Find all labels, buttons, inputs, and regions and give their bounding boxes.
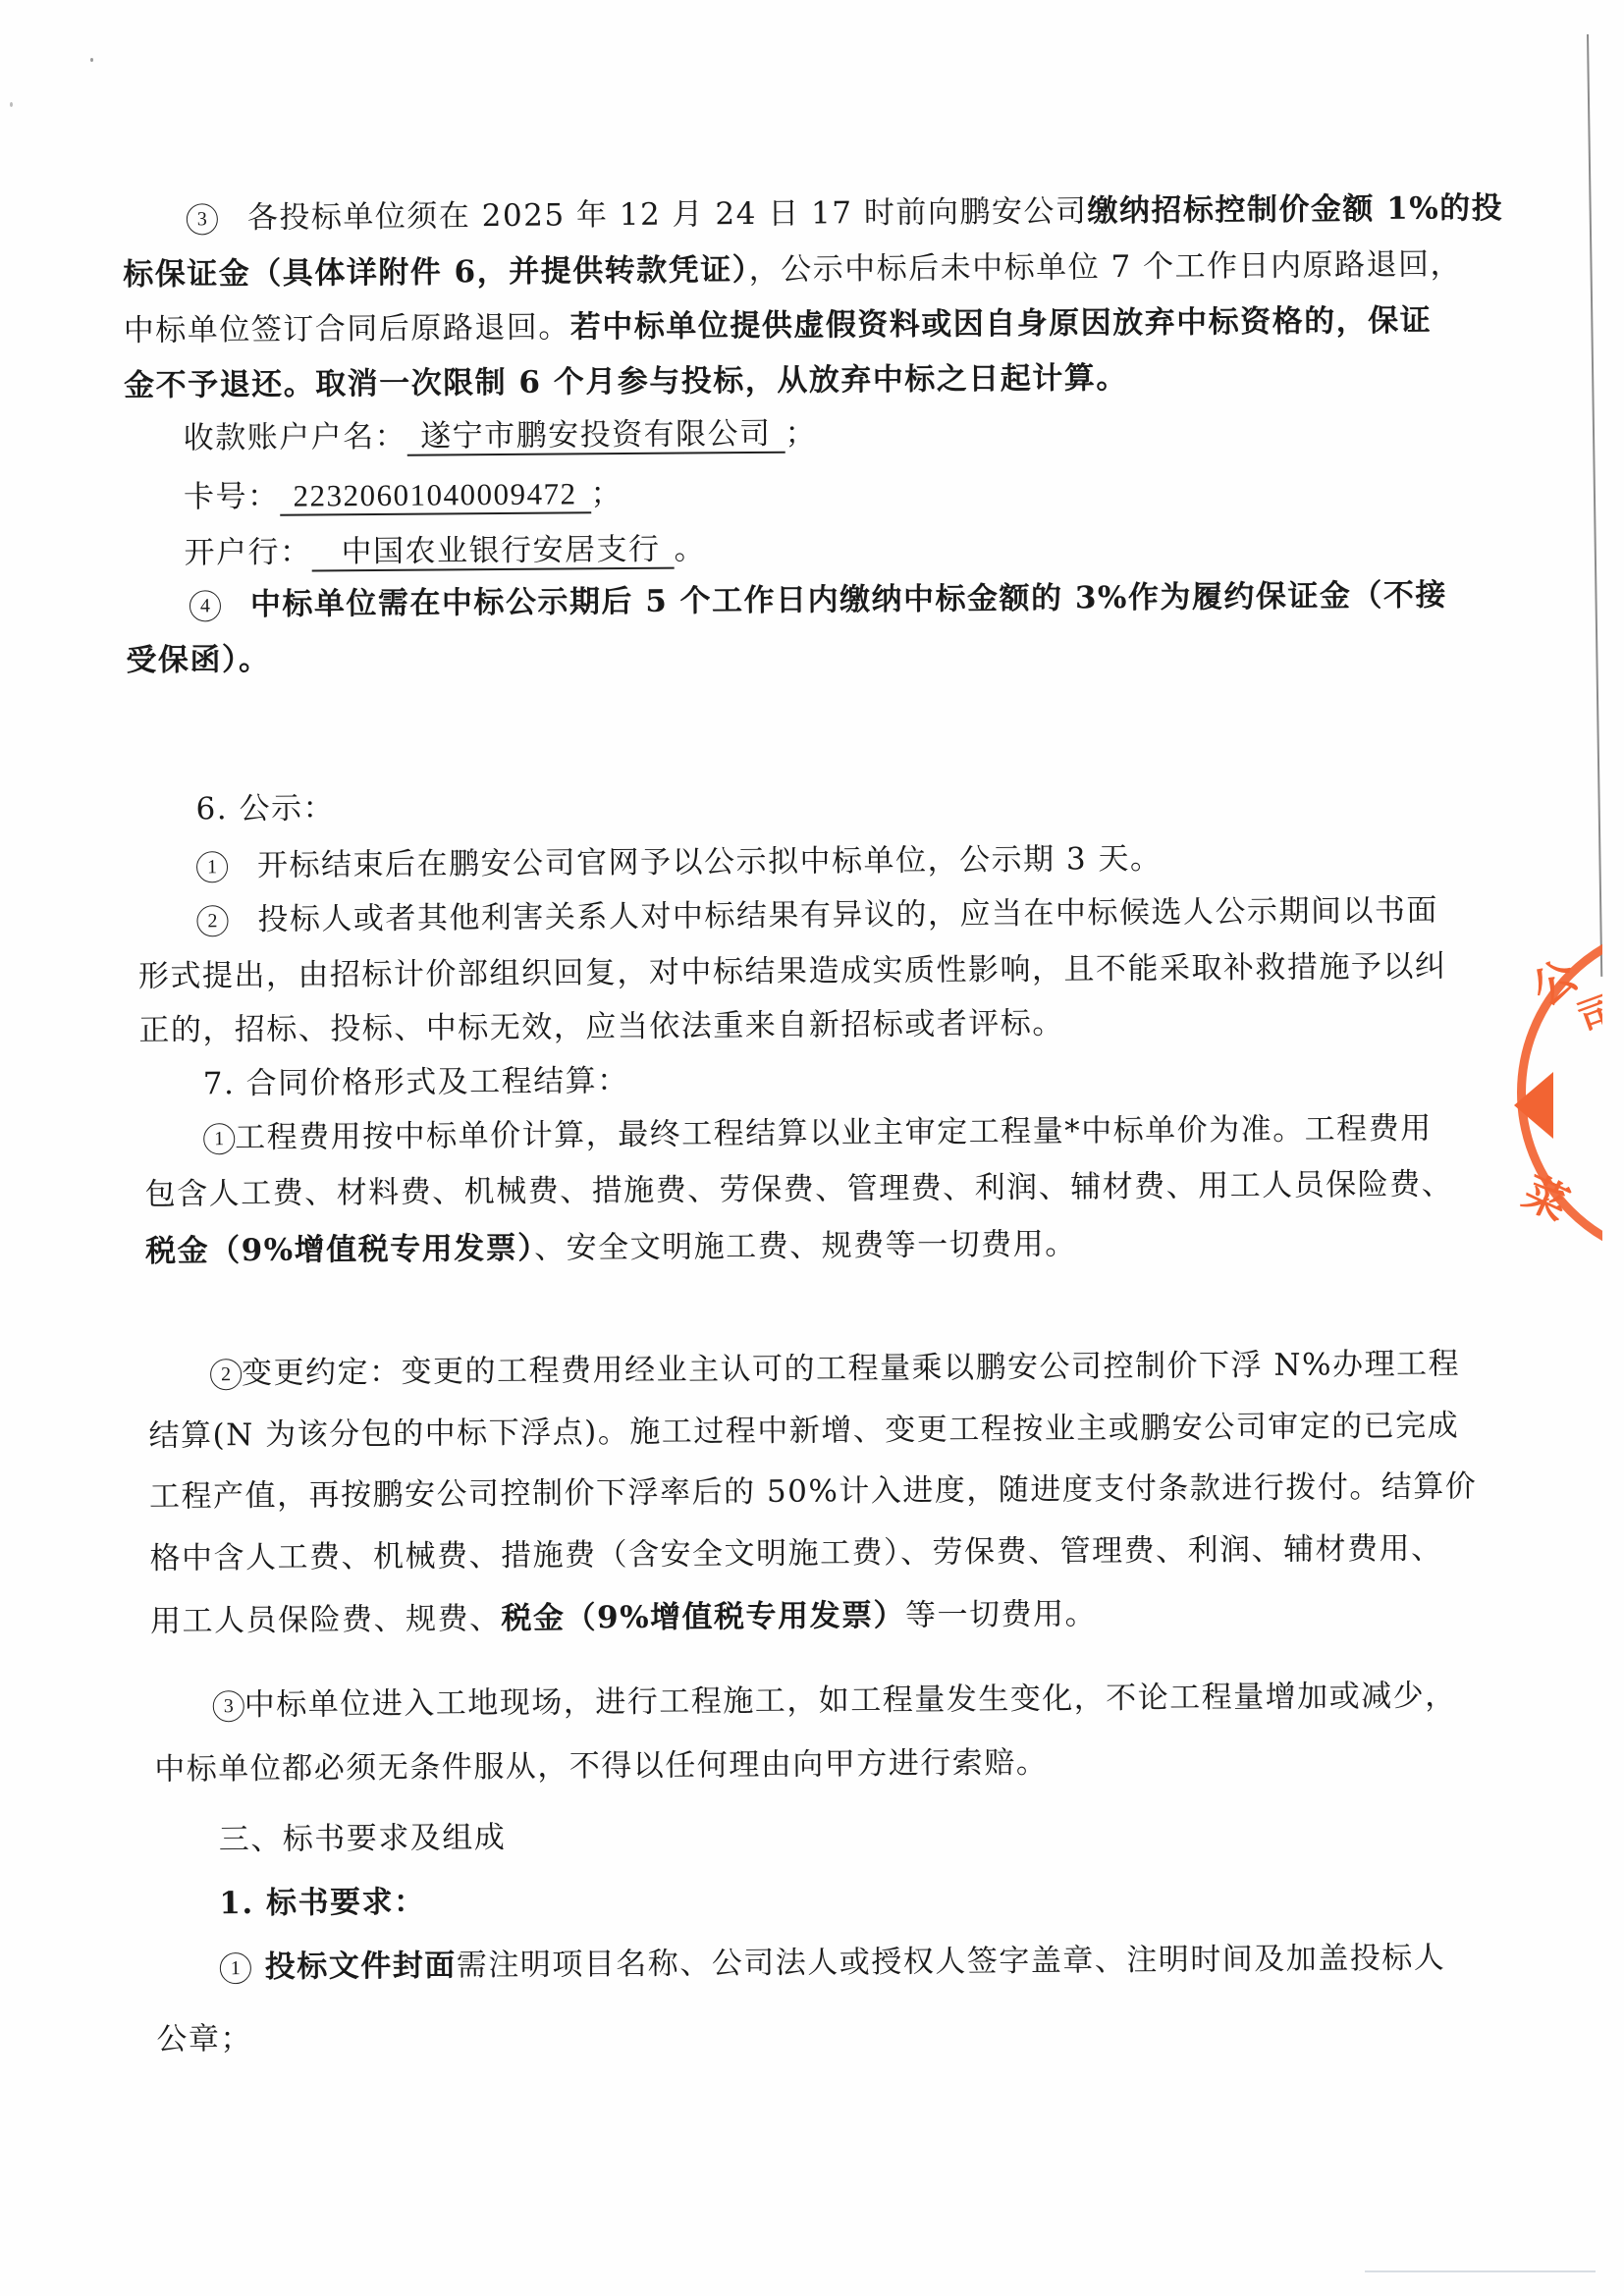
deposit-text: 中标单位签订合同后原路退回。 — [124, 309, 570, 348]
circled-number: 1 — [196, 851, 228, 882]
deposit-text: ，公示中标后未中标单位 7 个工作日内原路退回， — [749, 246, 1463, 288]
change-text: 用工人员保险费、规费、 — [150, 1601, 502, 1639]
change-text: 等一切费用。 — [905, 1596, 1097, 1633]
claims-item3-line2: 中标单位都必须无条件服从，不得以任何理由向甲方进行索赔。 — [154, 1743, 1048, 1789]
account-name-value: 遂宁市鹏安投资有限公司 — [406, 417, 785, 456]
performance-bond-line2: 受保函）。 — [126, 640, 270, 680]
deposit-paragraph-line3: 中标单位签订合同后原路退回。若中标单位提供虚假资料或因自身原因放弃中标资格的，保… — [124, 301, 1433, 350]
change-item2-line2: 结算(N 为该分包的中标下浮点)。施工过程中新增、变更工程按业主或鹏安公司审定的… — [148, 1406, 1459, 1455]
bank-value: 中国农业银行安居支行 — [311, 533, 674, 572]
circled-number: 2 — [210, 1359, 242, 1390]
bank-label: 开户行： — [184, 534, 311, 570]
account-name-row: 收款账户户名：遂宁市鹏安投资有限公司； — [183, 413, 817, 457]
publicity-item1: 1开标结束后在鹏安公司官网予以公示拟中标单位，公示期 3 天。 — [196, 839, 1163, 886]
punctuation: 。 — [674, 531, 706, 566]
card-number-label: 卡号： — [184, 479, 280, 515]
section-6-heading: 6. 公示： — [195, 788, 335, 828]
account-card-row: 卡号：22320601040009472； — [184, 474, 623, 517]
punctuation: ； — [590, 476, 623, 511]
tax-text-bold: 税金（9%增值税专用发票） — [145, 1231, 534, 1269]
document-body: 3各投标单位须在 2025 年 12 月 24 日 17 时前向鹏安公司缴纳招标… — [0, 0, 1624, 2296]
pricing-text: 工程费用按中标单价计算，最终工程结算以业主审定工程量*中标单价为准。工程费用 — [235, 1111, 1433, 1156]
card-number-value: 22320601040009472 — [279, 477, 590, 515]
objection-line2: 形式提出，由招标计价部组织回复，对中标结果造成实质性影响，且不能采取补救措施予以… — [138, 946, 1447, 995]
tax-text-bold: 税金（9%增值税专用发票） — [501, 1598, 905, 1636]
change-text: 变更约定：变更的工程费用经业主认可的工程量乘以鹏安公司控制价下浮 N%办理工程 — [242, 1346, 1460, 1391]
bid-cover-line2: 公章； — [156, 2019, 252, 2059]
circled-number: 4 — [189, 590, 221, 621]
document-page: 公 司 菜 3各投标单位须在 2025 年 12 月 24 日 17 时前向鹏安… — [0, 0, 1624, 2296]
deposit-paragraph-line1: 3各投标单位须在 2025 年 12 月 24 日 17 时前向鹏安公司缴纳招标… — [187, 188, 1504, 239]
performance-bond-text: 中标单位需在中标公示期后 5 个工作日内缴纳中标金额的 3%作为履约保证金（不接 — [250, 577, 1447, 622]
punctuation: ； — [785, 415, 817, 451]
account-name-label: 收款账户户名： — [183, 419, 406, 456]
objection-text: 投标人或者其他利害关系人对中标结果有异议的，应当在中标候选人公示期间以书面 — [257, 892, 1438, 936]
claims-item3-line1: 3中标单位进入工地现场，进行工程施工，如工程量发生变化，不论工程量增加或减少， — [213, 1676, 1457, 1725]
deposit-text-bold: 若中标单位提供虚假资料或因自身原因放弃中标资格的，保证 — [570, 303, 1433, 346]
deposit-text-bold: 标保证金（具体详附件 6，并提供转款凭证） — [123, 252, 749, 293]
change-item2-line3: 工程产值，再按鹏安公司控制价下浮率后的 50%计入进度，随进度支付条款进行拨付。… — [149, 1467, 1478, 1517]
objection-line1: 2投标人或者其他利害关系人对中标结果有异议的，应当在中标候选人公示期间以书面 — [196, 890, 1438, 939]
pricing-item1-line3: 税金（9%增值税专用发票）、安全文明施工费、规费等一切费用。 — [145, 1224, 1077, 1270]
circled-number: 3 — [187, 203, 218, 235]
bid-cover-text: 需注明项目名称、公司法人或授权人签字盖章、注明时间及加盖投标人 — [457, 1940, 1446, 1983]
bid-requirements-heading: 1. 标书要求： — [219, 1883, 425, 1924]
objection-line3: 正的，招标、投标、中标无效，应当依法重来自新招标或者评标。 — [138, 1003, 1064, 1049]
change-item2-line1: 2变更约定：变更的工程费用经业主认可的工程量乘以鹏安公司控制价下浮 N%办理工程 — [210, 1344, 1460, 1393]
circled-number: 2 — [196, 905, 228, 936]
change-item2-line4: 格中含人工费、机械费、措施费（含安全文明施工费）、劳保费、管理费、利润、辅材费用… — [149, 1528, 1442, 1577]
section-7-heading: 7. 合同价格形式及工程结算： — [203, 1061, 629, 1103]
bid-cover-text-bold: 投标文件封面 — [265, 1948, 457, 1985]
deposit-text-bold: 缴纳招标控制价金额 1%的投 — [1087, 190, 1503, 229]
pricing-item1-line2: 包含人工费、材料费、机械费、措施费、劳保费、管理费、利润、辅材费、用工人员保险费… — [145, 1164, 1454, 1213]
publicity-item1-text: 开标结束后在鹏安公司官网予以公示拟中标单位，公示期 3 天。 — [257, 841, 1163, 883]
pricing-text: 、安全文明施工费、规费等一切费用。 — [534, 1226, 1077, 1265]
pricing-item1-line1: 1工程费用按中标单价计算，最终工程结算以业主审定工程量*中标单价为准。工程费用 — [203, 1109, 1433, 1158]
claims-text: 中标单位进入工地现场，进行工程施工，如工程量发生变化，不论工程量增加或减少， — [244, 1678, 1457, 1723]
deposit-paragraph-line2: 标保证金（具体详附件 6，并提供转款凭证），公示中标后未中标单位 7 个工作日内… — [123, 244, 1462, 294]
deposit-paragraph-line4: 金不予退还。取消一次限制 6 个月参与投标，从放弃中标之日起计算。 — [124, 358, 1128, 405]
deposit-text: 各投标单位须在 2025 年 12 月 24 日 17 时前向鹏安公司 — [247, 193, 1088, 236]
circled-number: 1 — [220, 1952, 251, 1984]
account-bank-row: 开户行：中国农业银行安居支行。 — [184, 529, 706, 572]
bid-cover-line1: 1投标文件封面需注明项目名称、公司法人或授权人签字盖章、注明时间及加盖投标人 — [220, 1938, 1446, 1987]
change-item2-line5: 用工人员保险费、规费、税金（9%增值税专用发票）等一切费用。 — [150, 1594, 1097, 1641]
part-3-heading: 三、标书要求及组成 — [219, 1818, 507, 1859]
circled-number: 1 — [203, 1123, 235, 1154]
circled-number: 3 — [213, 1690, 244, 1722]
performance-bond-line1: 4中标单位需在中标公示期后 5 个工作日内缴纳中标金额的 3%作为履约保证金（不… — [189, 575, 1447, 624]
